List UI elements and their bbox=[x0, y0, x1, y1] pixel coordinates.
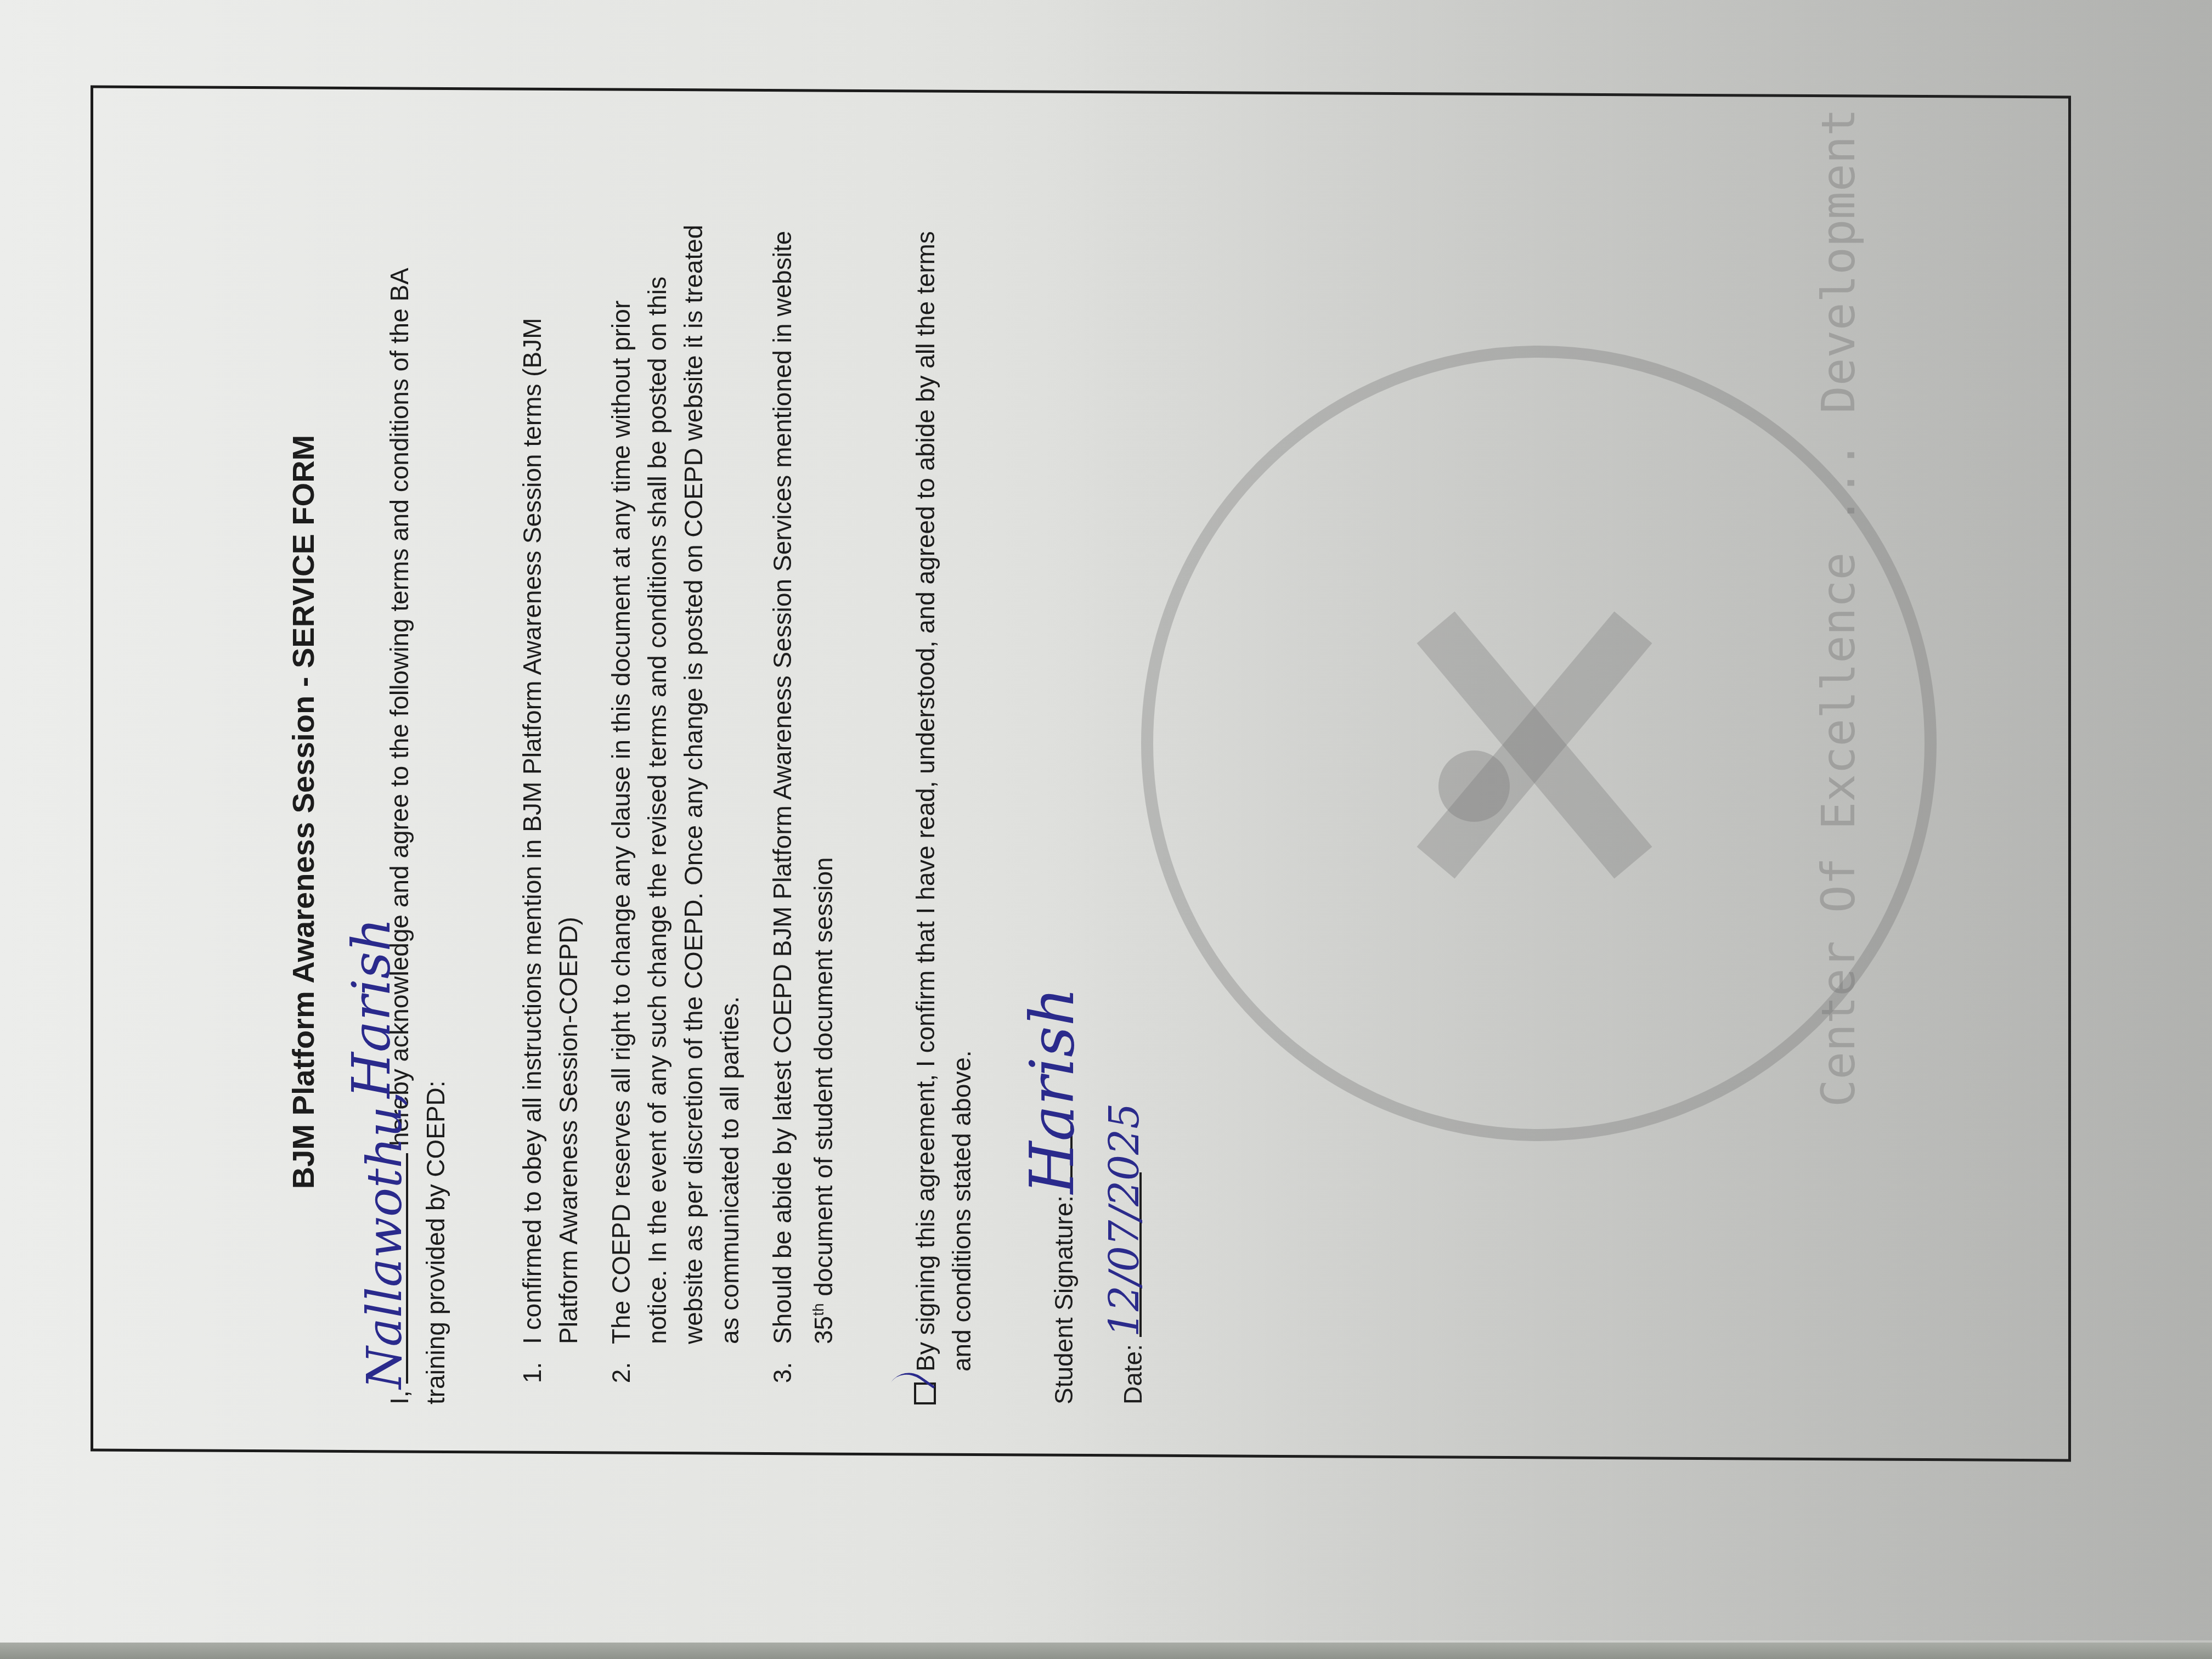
term-item-1: I confirmed to obey all instructions men… bbox=[514, 219, 586, 1355]
date-row: Date: 12/07/2025 bbox=[1115, 219, 1151, 1404]
logo-figure-arm-icon bbox=[1417, 612, 1652, 879]
form-title: BJM Platform Awareness Session - SERVICE… bbox=[285, 219, 321, 1404]
term-text-continued: document of student document session bbox=[809, 857, 838, 1303]
name-field[interactable]: Nallawothu, Harish bbox=[384, 1153, 408, 1384]
handwritten-signature: Harish bbox=[1034, 988, 1070, 1194]
terms-list: I confirmed to obey all instructions men… bbox=[514, 219, 842, 1404]
signature-field[interactable]: Harish bbox=[1048, 1122, 1073, 1188]
intro-paragraph: I, Nallawothu, Harish hereby acknowledge… bbox=[381, 219, 454, 1404]
signature-label: Student Signature: bbox=[1049, 1195, 1078, 1404]
handwritten-name-given: Harish bbox=[353, 918, 390, 1098]
service-form-document: Center Of Excellence ... Development BJM… bbox=[208, 154, 2074, 1470]
handwritten-name-surname: Nallawothu, bbox=[366, 1091, 403, 1389]
confirmation-row: By signing this agreement, I confirm tha… bbox=[907, 219, 980, 1404]
term-text: I confirmed to obey all instructions men… bbox=[518, 318, 583, 1344]
watermark-text: Center Of Excellence ... Development bbox=[1812, 108, 1865, 1107]
logo-figure-leg-icon bbox=[1417, 612, 1652, 879]
handwritten-date: 12/07/2025 bbox=[1107, 1103, 1143, 1338]
term-item-2: The COEPD reserves all right to change a… bbox=[603, 219, 748, 1355]
term-item-3: Should be abide by latest COEPD BJM Plat… bbox=[764, 219, 842, 1355]
intro-prefix: I, bbox=[385, 1390, 414, 1404]
background-surface bbox=[0, 1643, 2212, 1659]
logo-figure-head-icon bbox=[1438, 751, 1510, 822]
term-superscript: th bbox=[810, 1303, 827, 1316]
signature-row: Student Signature: Harish bbox=[1046, 219, 1082, 1404]
confirmation-checkbox[interactable] bbox=[914, 1383, 936, 1404]
checkmark-icon bbox=[883, 1364, 935, 1415]
confirmation-text: By signing this agreement, I confirm tha… bbox=[911, 231, 976, 1372]
date-label: Date: bbox=[1119, 1344, 1147, 1404]
term-text: The COEPD reserves all right to change a… bbox=[607, 225, 744, 1344]
date-field[interactable]: 12/07/2025 bbox=[1118, 1172, 1142, 1337]
coepd-watermark-logo: Center Of Excellence ... Development bbox=[1141, 346, 1937, 1141]
